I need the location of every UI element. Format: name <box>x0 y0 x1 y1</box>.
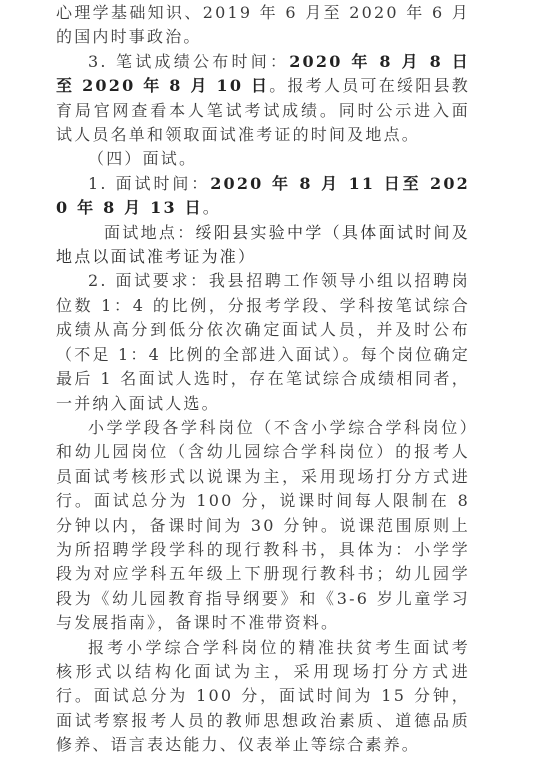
section-heading-interview: （四）面试。 <box>56 147 470 171</box>
paragraph-interview-location: 面试地点：绥阳县实验中学（具体面试时间及地点以面试准考证为准） <box>56 221 470 270</box>
paragraph-lecture-format: 小学学段各学科岗位（不含小学综合学科岗位）和幼儿园岗位（含幼儿园综合学科岗位）的… <box>56 416 470 600</box>
text-segment: （四）面试。 <box>88 149 197 168</box>
text-segment: 3. 笔试成绩公布时间： <box>88 52 289 71</box>
text-segment: 。 <box>203 198 221 217</box>
text-segment: 2. 面试要求：我县招聘工作领导小组以招聘岗位数 1：4 的比例，分报考学段、学… <box>56 271 470 412</box>
text-segment: 面试地点： <box>104 223 196 242</box>
paragraph-written-score-release: 3. 笔试成绩公布时间：2020 年 8 月 8 日至 2020 年 8 月 1… <box>56 50 470 148</box>
text-segment: 1. 面试时间： <box>88 174 210 193</box>
paragraph-written-exam-content-end: 心理学基础知识、2019 年 6 月至 2020 年 6 月的国内时事政治。 <box>56 1 470 50</box>
paragraph-interview-requirements: 2. 面试要求：我县招聘工作领导小组以招聘岗位数 1：4 的比例，分报考学段、学… <box>56 269 470 415</box>
text-segment: 心理学基础知识、2019 年 6 月至 2020 年 6 月的国内时事政治。 <box>56 3 470 46</box>
document-page: 心理学基础知识、2019 年 6 月至 2020 年 6 月的国内时事政治。 3… <box>56 1 470 600</box>
text-segment: 小学学段各学科岗位（不含小学综合学科岗位）和幼儿园岗位（含幼儿园综合学科岗位）的… <box>56 418 470 600</box>
paragraph-interview-time: 1. 面试时间：2020 年 8 月 11 日至 2020 年 8 月 13 日… <box>56 172 470 221</box>
